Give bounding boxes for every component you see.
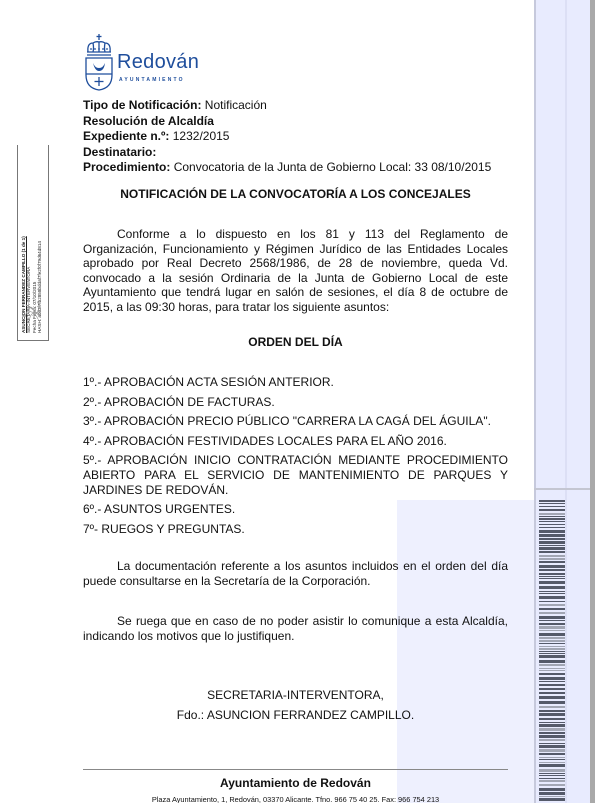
expediente-label: Expediente n.º: <box>83 129 169 143</box>
logo-subtitle: AYUNTAMIENTO <box>119 77 185 83</box>
document-page: Redován AYUNTAMIENTO ASUNCION FERRANDEZ … <box>0 0 595 803</box>
logo-name: Redován <box>117 51 199 74</box>
footer-divider <box>83 769 508 770</box>
redovan-logo: Redován AYUNTAMIENTO <box>83 33 193 93</box>
tipo-label: Tipo de Notificación: <box>83 98 201 112</box>
procedimiento-label: Procedimiento: <box>83 160 170 174</box>
signature-name: Fdo.: ASUNCION FERRANDEZ CAMPILLO. <box>83 708 508 722</box>
signature-role: SECRETARIA-INTERVENTORA, <box>83 688 508 702</box>
documentation-paragraph: La documentación referente a los asuntos… <box>83 559 508 588</box>
footer-title: Ayuntamiento de Redován <box>83 776 508 790</box>
footer-address: Plaza Ayuntamiento, 1, Redován, 03370 Al… <box>83 795 508 803</box>
destinatario-label: Destinatario: <box>83 145 156 159</box>
document-title: NOTIFICACIÓN DE LA CONVOCATORÍA A LOS CO… <box>83 187 508 201</box>
coat-of-arms-icon <box>83 33 115 91</box>
agenda-item: 1º.- APROBACIÓN ACTA SESIÓN ANTERIOR. <box>83 375 508 390</box>
agenda-item: 4º.- APROBACIÓN FESTIVIDADES LOCALES PAR… <box>83 434 508 449</box>
agenda-item: 3º.- APROBACIÓN PRECIO PÚBLICO "CARRERA … <box>83 414 508 429</box>
agenda-item: 6º.- ASUNTOS URGENTES. <box>83 502 508 517</box>
agenda-list: 1º.- APROBACIÓN ACTA SESIÓN ANTERIOR. 2º… <box>83 375 508 541</box>
orden-del-dia-title: ORDEN DEL DÍA <box>83 335 508 349</box>
tipo-value: Notificación <box>205 98 267 112</box>
expediente-value: 1232/2015 <box>173 129 230 143</box>
electronic-signature-stamp: ASUNCION FERRANDEZ CAMPILLO (1 de 1) SEC… <box>17 145 49 341</box>
agenda-item: 7º- RUEGOS Y PREGUNTAS. <box>83 522 508 537</box>
overlay-panel <box>397 500 535 803</box>
intro-paragraph: Conforme a lo dispuesto en los 81 y 113 … <box>83 227 508 315</box>
excuse-paragraph: Se ruega que en caso de no poder asistir… <box>83 614 508 643</box>
barcode <box>539 500 565 803</box>
procedimiento-value: Convocatoria de la Junta de Gobierno Loc… <box>174 160 492 174</box>
scrollbar[interactable] <box>590 0 595 803</box>
handwritten-signature-icon <box>22 297 44 325</box>
side-panel-divider <box>565 0 567 803</box>
resolucion-label: Resolución de Alcaldía <box>83 114 214 128</box>
notification-metadata: Tipo de Notificación: Notificación Resol… <box>83 98 491 176</box>
agenda-item: 2º.- APROBACIÓN DE FACTURAS. <box>83 395 508 410</box>
side-panel-border <box>534 488 590 490</box>
agenda-item: 5º.- APROBACIÓN INICIO CONTRATACIÓN MEDI… <box>83 453 508 497</box>
